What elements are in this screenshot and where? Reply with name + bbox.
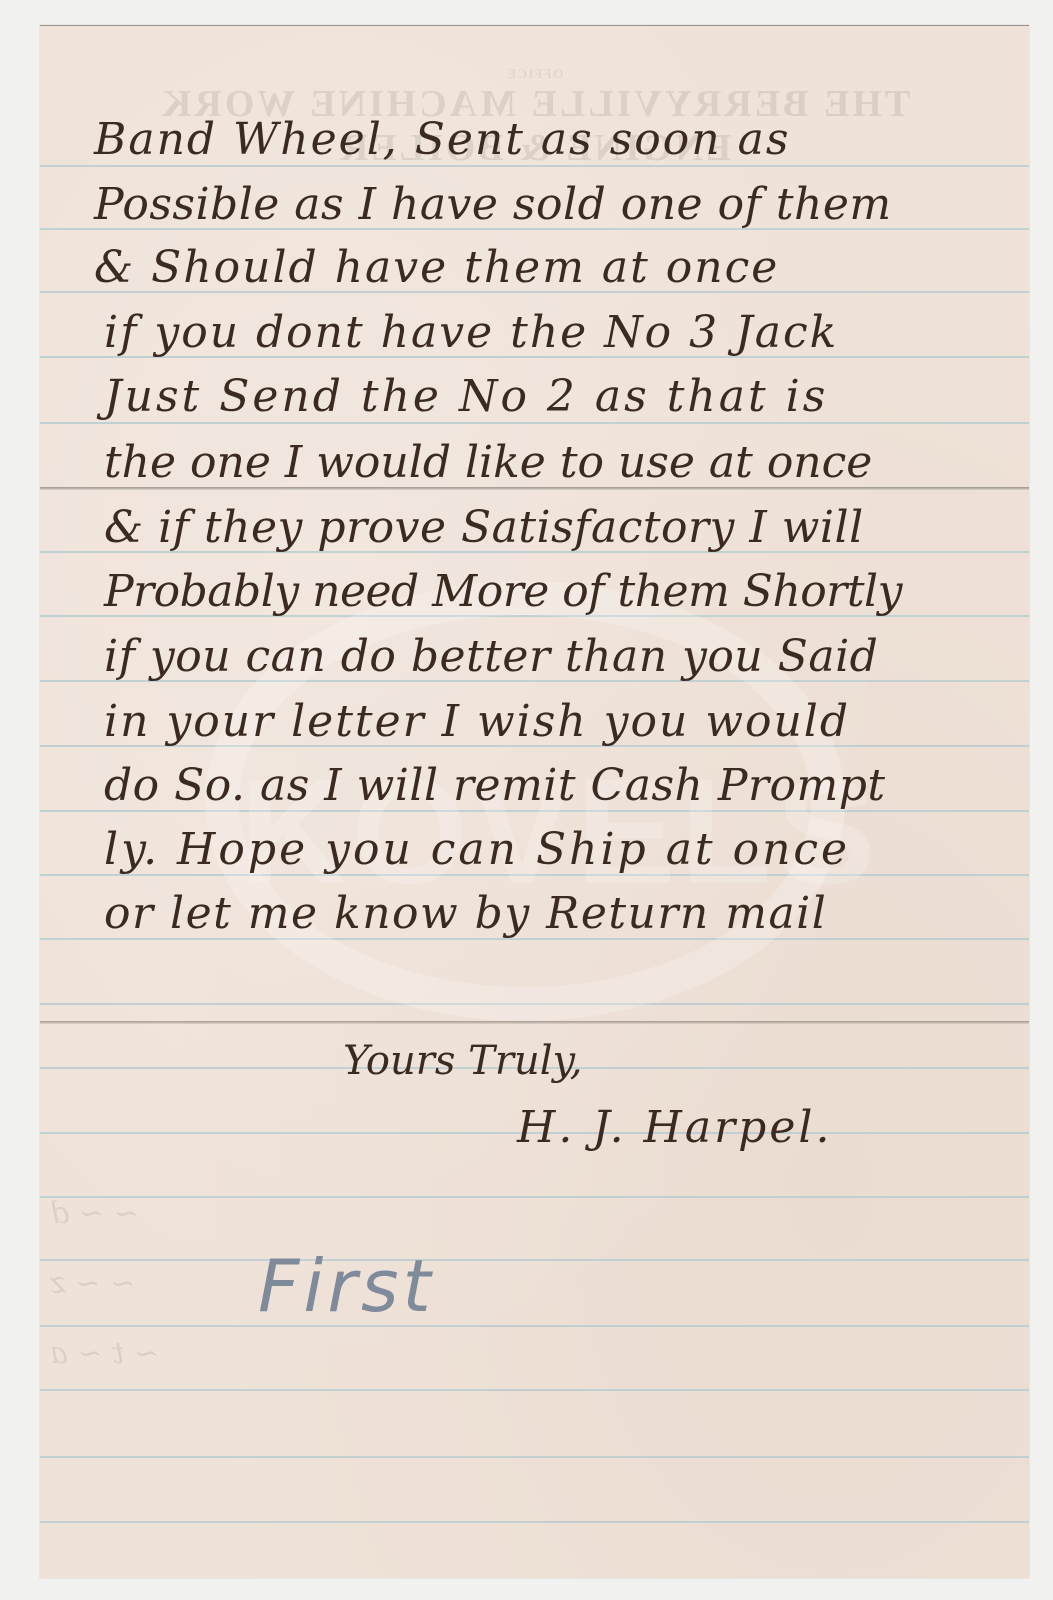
pencil-annotation: First: [258, 1244, 435, 1328]
letter-line: do So. as I will remit Cash Prompt: [104, 760, 886, 811]
ruled-line: [40, 165, 1029, 167]
salutation: Yours Truly,: [343, 1038, 583, 1084]
letter-line: & Should have them at once: [94, 242, 779, 293]
reverse-bleed-mark: ~ ~ d: [50, 1196, 139, 1231]
letter-line: the one I would like to use at once: [104, 437, 872, 488]
letterhead-small: OFFICE: [40, 66, 1029, 82]
letter-line: Just Send the No 2 as that is: [104, 371, 828, 422]
letter-line: Band Wheel, Sent as soon as: [94, 114, 790, 165]
letter-line: in your letter I wish you would: [104, 696, 850, 747]
ruled-line: [40, 422, 1029, 424]
letter-line: if you can do better than you Said: [104, 631, 878, 682]
fold-crease: [40, 1021, 1029, 1024]
ruled-line: [40, 1389, 1029, 1391]
letter-line: or let me know by Return mail: [104, 888, 827, 939]
ruled-line: [40, 1196, 1029, 1198]
ruled-line: [40, 1003, 1029, 1005]
ruled-line: [40, 1456, 1029, 1458]
reverse-bleed-mark: ~ t ~ a: [50, 1336, 159, 1371]
ruled-line: [40, 1259, 1029, 1261]
ruled-line: [40, 1325, 1029, 1327]
letter-line: Possible as I have sold one of them: [94, 179, 892, 230]
letter-line: & if they prove Satisfactory I will: [104, 502, 864, 553]
letter-line: if you dont have the No 3 Jack: [104, 307, 838, 358]
signature: H. J. Harpel.: [517, 1102, 832, 1153]
ruled-line: [40, 1521, 1029, 1523]
reverse-bleed-mark: ~ ~ z: [50, 1266, 135, 1301]
letter-line: Probably need More of them Shortly: [104, 566, 902, 617]
letter-line: ly. Hope you can Ship at once: [104, 824, 850, 875]
letter-page: OFFICE THE BERRYVILLE MACHINE WORK ENGIN…: [40, 25, 1029, 1578]
